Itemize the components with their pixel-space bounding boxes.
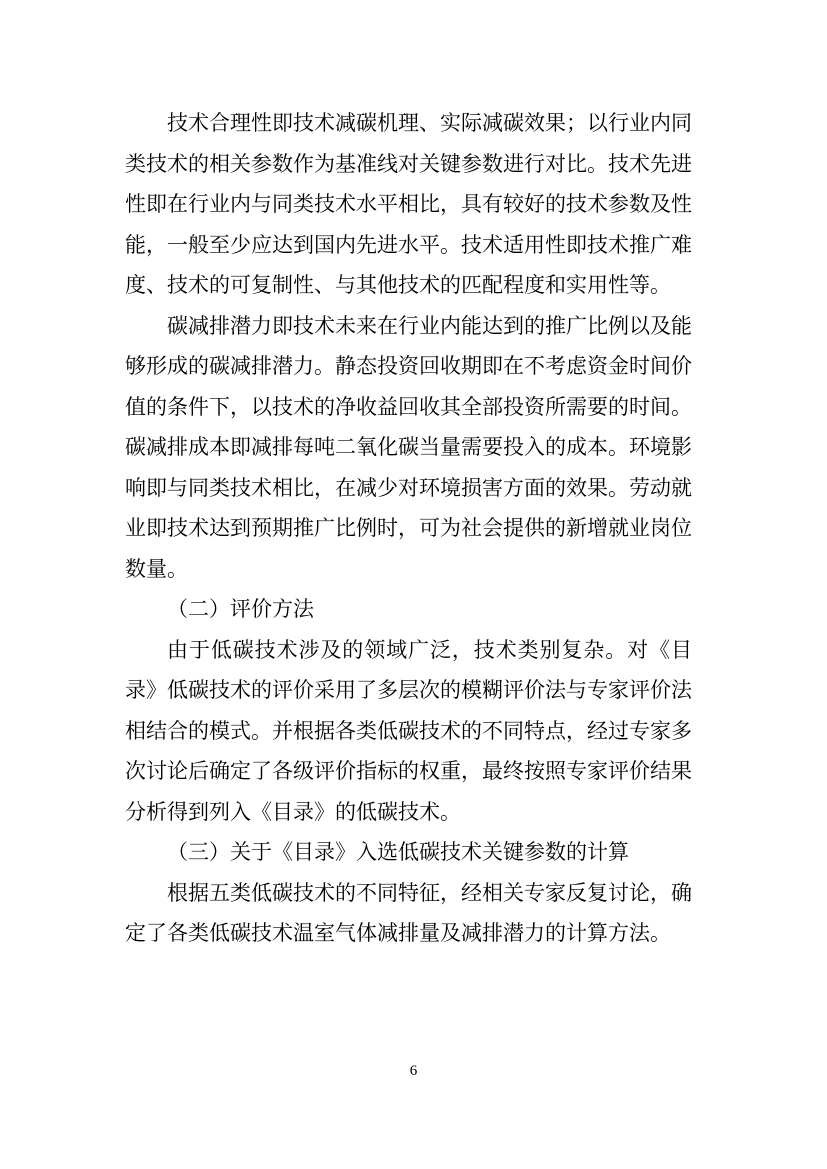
- document-body: 技术合理性即技术减碳机理、实际减碳效果；以行业内同类技术的相关参数作为基准线对关…: [125, 103, 692, 954]
- page-footer: 6: [0, 1061, 827, 1081]
- section-heading-evaluation-method: （二）评价方法: [125, 589, 692, 630]
- page-number: 6: [410, 1063, 418, 1079]
- paragraph-carbon-reduction-indicators: 碳减排潜力即技术未来在行业内能达到的推广比例以及能够形成的碳减排潜力。静态投资回…: [125, 306, 692, 590]
- paragraph-calculation-method: 根据五类低碳技术的不同特征，经相关专家反复讨论，确定了各类低碳技术温室气体减排量…: [125, 873, 692, 954]
- paragraph-evaluation-approach: 由于低碳技术涉及的领域广泛，技术类别复杂。对《目录》低碳技术的评价采用了多层次的…: [125, 630, 692, 833]
- paragraph-technical-rationality: 技术合理性即技术减碳机理、实际减碳效果；以行业内同类技术的相关参数作为基准线对关…: [125, 103, 692, 306]
- section-heading-key-parameters-calculation: （三）关于《目录》入选低碳技术关键参数的计算: [125, 832, 692, 873]
- document-page: 技术合理性即技术减碳机理、实际减碳效果；以行业内同类技术的相关参数作为基准线对关…: [0, 0, 827, 1169]
